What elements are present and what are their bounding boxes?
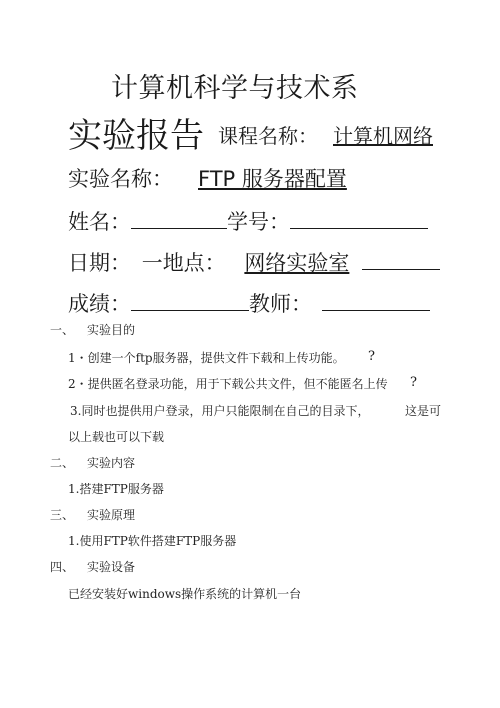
location-blank [362,247,440,270]
report-title: 实验报告 [68,108,204,157]
name-label: 姓名： [68,210,131,234]
section-2-title: 实验内容 [87,454,135,471]
section-1-number: 一、 [50,321,74,338]
section-1-item-3: 3.同时也提供用户登录，用户只能限制在自己的目录下， [70,402,369,419]
section-4-title: 实验设备 [87,558,135,575]
question-mark-1: ? [368,349,375,364]
department-title: 计算机科学与技术系 [111,66,359,105]
teacher-blank [322,288,430,311]
course-label: 课程名称： [218,120,318,149]
section-1-item-1: 1・创建一个ftp服务器，提供文件下载和上传功能。 [68,349,345,366]
date-label: 日期： [68,251,131,275]
section-1-item-3-tail: 这是可 [405,402,441,419]
experiment-name-label: 实验名称： [68,163,173,193]
grade-label: 成绩： [68,292,131,316]
section-2-number: 二、 [50,454,74,471]
teacher-label: 教师： [249,292,312,316]
student-id-label: 学号： [227,210,290,234]
section-2-item-1: 1.搭建FTP服务器 [68,480,164,497]
date-dash: 一 [142,251,163,275]
section-1-item-2: 2・提供匿名登录功能，用于下载公共文件，但不能匿名上传 [68,375,388,392]
section-4-number: 四、 [50,558,74,575]
name-blank [131,206,227,229]
section-3-number: 三、 [50,506,74,523]
location-value: 网络实验室 [244,251,349,275]
section-3-title: 实验原理 [87,506,135,523]
grade-blank [131,288,249,311]
course-value: 计算机网络 [333,120,433,149]
name-field-row: 姓名：学号： [68,206,428,236]
section-1-title: 实验目的 [87,321,135,338]
question-mark-2: ? [410,375,417,390]
location-label: 地点： [163,251,226,275]
section-4-item-1: 已经安装好windows操作系统的计算机一台 [68,585,301,602]
student-id-blank [290,206,428,229]
date-location-row: 日期： 一地点： 网络实验室 [68,247,440,277]
section-3-item-1: 1.使用FTP软件搭建FTP服务器 [68,532,236,549]
experiment-name-value: FTP 服务器配置 [198,163,347,193]
grade-teacher-row: 成绩：教师： [68,288,430,318]
section-1-item-3-continuation: 以上载也可以下载 [68,428,164,445]
